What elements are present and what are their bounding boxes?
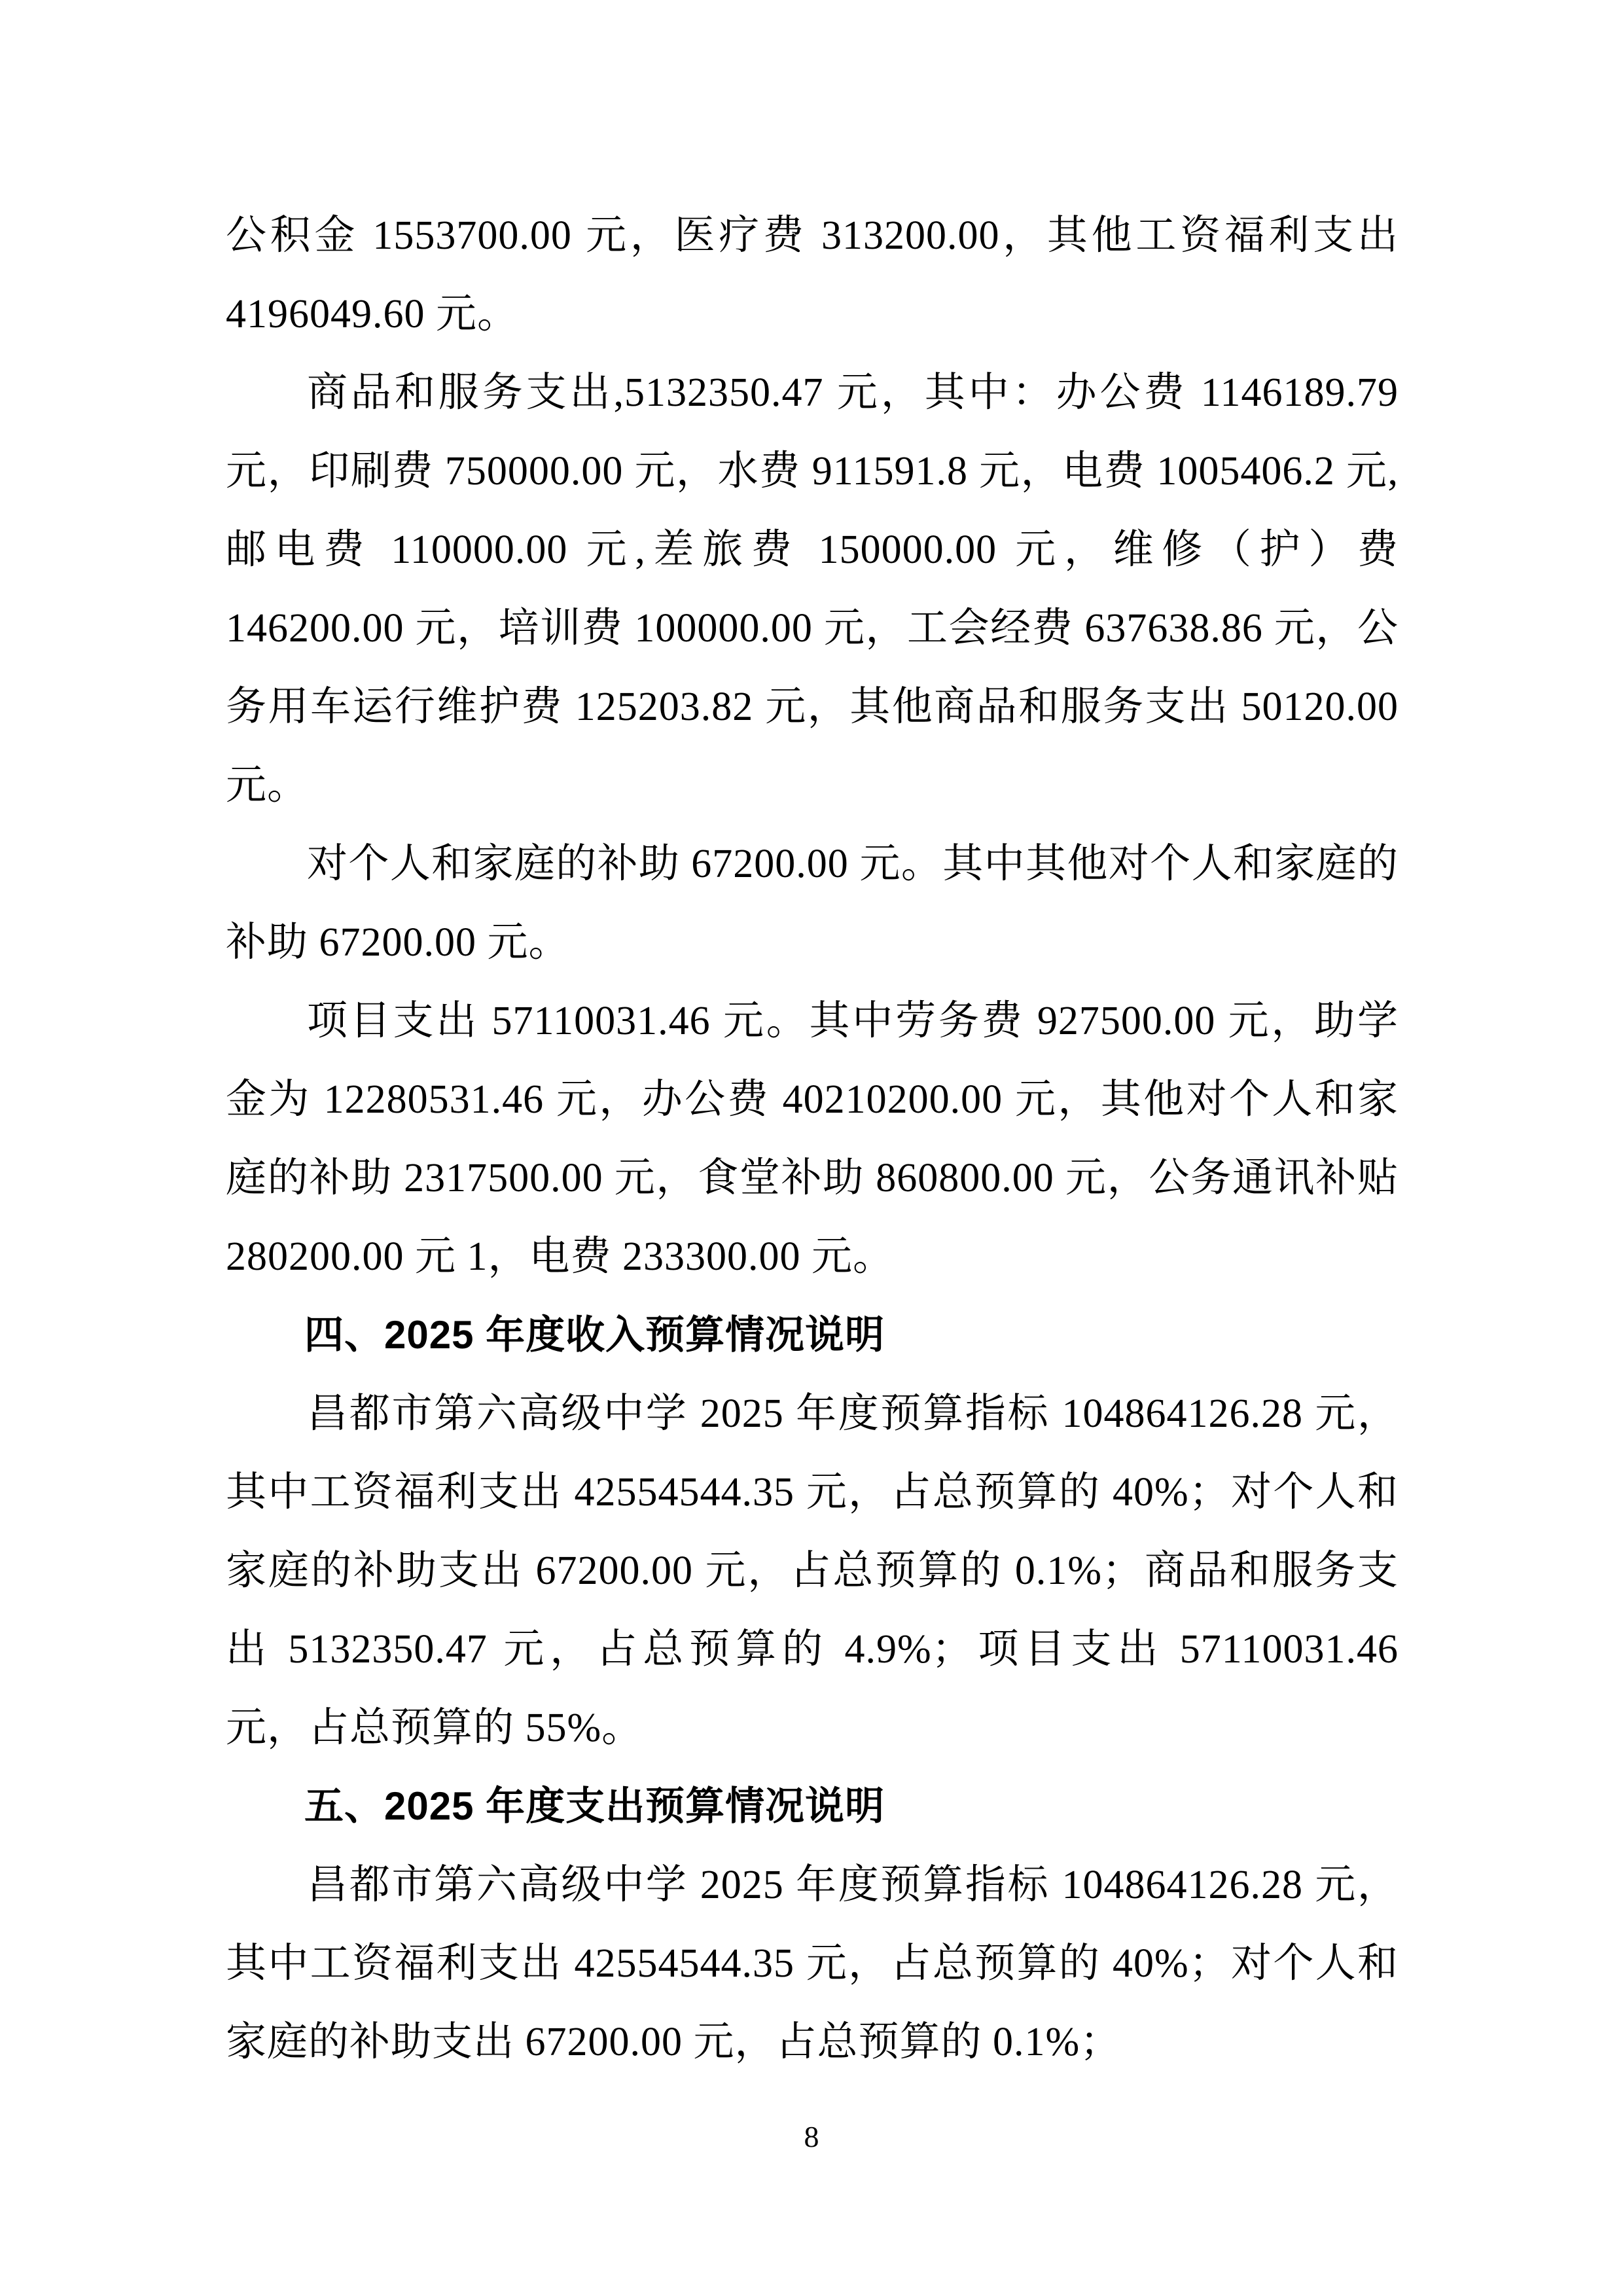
page-footer: 8 — [0, 2119, 1623, 2154]
page-number: 8 — [804, 2120, 819, 2153]
section-heading-expenditure-budget: 五、2025 年度支出预算情况说明 — [226, 1767, 1399, 1846]
document-body: 公积金 1553700.00 元，医疗费 313200.00，其他工资福利支出 … — [226, 196, 1399, 2081]
paragraph-expenditure-budget-explanation: 昌都市第六高级中学 2025 年度预算指标 104864126.28 元，其中工… — [226, 1846, 1399, 2081]
paragraph-goods-services-expenditure: 商品和服务支出,5132350.47 元，其中：办公费 1146189.79 元… — [226, 353, 1399, 825]
paragraph-project-expenditure: 项目支出 57110031.46 元。其中劳务费 927500.00 元，助学金… — [226, 982, 1399, 1296]
document-page: 公积金 1553700.00 元，医疗费 313200.00，其他工资福利支出 … — [0, 0, 1623, 2296]
section-heading-income-budget: 四、2025 年度收入预算情况说明 — [226, 1296, 1399, 1374]
paragraph-individual-family-subsidy: 对个人和家庭的补助 67200.00 元。其中其他对个人和家庭的补助 67200… — [226, 825, 1399, 982]
paragraph-wage-benefit-breakdown: 公积金 1553700.00 元，医疗费 313200.00，其他工资福利支出 … — [226, 196, 1399, 353]
paragraph-income-budget-explanation: 昌都市第六高级中学 2025 年度预算指标 104864126.28 元，其中工… — [226, 1374, 1399, 1767]
